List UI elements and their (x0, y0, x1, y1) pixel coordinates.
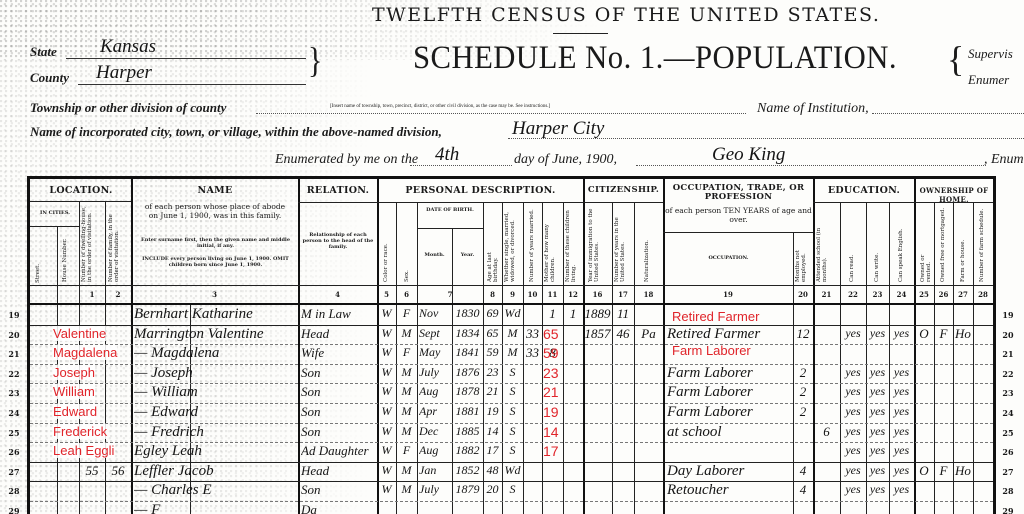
header-mother-of: Mother of how many children. (544, 206, 562, 282)
county-line (78, 84, 306, 85)
annotation-age: 59 (543, 345, 559, 361)
line-number: 27 (4, 467, 24, 477)
annotation-age: 65 (543, 326, 559, 342)
divider (30, 303, 993, 305)
cell-write: yes (866, 443, 889, 458)
cell-write: yes (866, 463, 889, 478)
cell-sex: F (396, 345, 417, 360)
institution-label: Name of Institution, (757, 101, 869, 117)
column-number: 24 (889, 290, 914, 299)
cell-color: W (377, 384, 396, 399)
enumerated-prefix: Enumerated by me on the (275, 152, 418, 168)
column-number: 6 (396, 290, 417, 299)
header-attended-school: Attended school (in months). (816, 206, 838, 282)
header-years-married: Number of years married. (529, 206, 535, 282)
annotation-name: Valentine (53, 326, 106, 341)
state-value: Kansas (100, 36, 156, 58)
cell-color: W (377, 345, 396, 360)
cell-relation: Da (301, 502, 377, 514)
header-color: Color or race. (383, 240, 389, 282)
divider (417, 228, 483, 229)
cell-name: Leffler Jacob (134, 463, 298, 480)
cell-color: W (377, 443, 396, 458)
cell-write: yes (866, 326, 889, 341)
header-age: Age at last birthday. (487, 230, 499, 282)
cell-marital: S (502, 404, 523, 419)
cell-speak: yes (889, 482, 914, 497)
annotation-name: Magdalena (53, 345, 117, 360)
header-can-write: Can write. (874, 250, 880, 282)
column-number: 26 (934, 290, 953, 299)
cell-relation: Wife (301, 345, 377, 361)
divider (298, 202, 377, 203)
cell-color: W (377, 365, 396, 380)
cell-year: 1881 (452, 404, 483, 419)
annotation-name: Joseph (53, 365, 95, 380)
cell-year: 1834 (452, 326, 483, 341)
cell-speak: yes (889, 365, 914, 380)
cell-name: Marrington Valentine (134, 326, 298, 343)
cell-sex: M (396, 463, 417, 478)
header-family-number: Number of family, in the order of visita… (108, 204, 128, 282)
cell-occupation: Retired Farmer (667, 326, 793, 343)
cell-marital: M (502, 326, 523, 341)
header-can-read: Can read. (849, 250, 855, 282)
cell-speak: yes (889, 463, 914, 478)
cell-age: 20 (483, 482, 502, 497)
cell-month: Jan (419, 463, 452, 478)
column-number: 10 (523, 290, 542, 299)
cell-read: yes (840, 443, 866, 458)
cell-year: 1852 (452, 463, 483, 478)
cell-sex: M (396, 482, 417, 497)
header-ownership: OWNERSHIP OF HOME. (915, 186, 993, 204)
cell-naturalization: Pa (634, 326, 663, 342)
cell-months-unemployed: 4 (793, 463, 813, 479)
state-line (66, 58, 306, 59)
divider (663, 232, 813, 233)
header-street: Street. (35, 245, 41, 283)
cell-age: 19 (483, 404, 502, 419)
header-naturalization: Naturalization. (644, 236, 650, 282)
header-dwelling-number: Number of dwelling-house, in the order o… (81, 204, 103, 282)
enumerator-suffix: , Enum (984, 152, 1024, 168)
cell-sex: M (396, 384, 417, 399)
header-relation-desc: Relationship of each person to the head … (300, 232, 376, 250)
cell-age: 69 (483, 306, 502, 321)
header-house-number: House Number. (62, 232, 68, 282)
header-immigration: Year of immigration to the United States… (588, 206, 610, 282)
annotation-name: William (53, 384, 95, 399)
cell-month: Aug (419, 384, 452, 399)
cell-years-us: 46 (612, 326, 634, 342)
cell-years-us: 11 (612, 306, 634, 322)
header-location: LOCATION. (31, 185, 131, 196)
cell-occupation: Farm Laborer (667, 384, 793, 401)
cell-color: W (377, 326, 396, 341)
column-number: 18 (634, 290, 663, 299)
cell-speak: yes (889, 443, 914, 458)
cell-month: Sept (419, 326, 452, 341)
header-month: Month. (417, 252, 452, 258)
header-education: EDUCATION. (814, 185, 914, 196)
cell-marital: Wd (502, 463, 523, 478)
cell-occupation: Farm Laborer (667, 365, 793, 382)
header-name-instr1: Enter surname first, then the given name… (138, 237, 293, 249)
line-number: 22 (4, 369, 24, 379)
line-number: 23 (998, 388, 1018, 398)
cell-age: 23 (483, 365, 502, 380)
cell-living: 1 (563, 306, 583, 322)
cell-free: F (934, 326, 953, 342)
cell-write: yes (866, 404, 889, 419)
brace-right: } (308, 41, 322, 82)
cell-speak: yes (889, 326, 914, 341)
line-number: 26 (4, 447, 24, 457)
cell-year: 1882 (452, 443, 483, 458)
column-number: 4 (298, 290, 377, 299)
annotation-age: 23 (543, 365, 559, 381)
cell-marital: S (502, 482, 523, 497)
enumerator-line (636, 165, 986, 166)
column-number: 3 (131, 290, 298, 299)
column-number: 20 (793, 290, 813, 299)
line-number: 20 (998, 330, 1018, 340)
cell-name: — F (134, 502, 298, 514)
annotation-name: Leah Eggli (53, 443, 114, 458)
header-date-of-birth: DATE OF BIRTH. (417, 207, 483, 213)
supervisor-label: Supervis (968, 46, 1013, 62)
divider (973, 202, 974, 514)
state-label: State (30, 44, 57, 60)
cell-year: 1876 (452, 365, 483, 380)
cell-farm: Ho (953, 463, 973, 479)
township-label: Township or other division of county (30, 100, 226, 116)
cell-occupation: at school (667, 424, 793, 441)
brace: { (947, 38, 964, 80)
cell-school: 6 (813, 424, 840, 440)
cell-month: July (419, 482, 452, 497)
header-personal: PERSONAL DESCRIPTION. (378, 185, 583, 196)
cell-owned: O (914, 463, 934, 479)
cell-relation: Son (301, 482, 377, 498)
annotation-occupation: Farm Laborer (672, 343, 751, 358)
header-year: Year. (452, 252, 483, 258)
divider (813, 178, 815, 514)
divider (563, 202, 564, 514)
column-number: 22 (840, 290, 866, 299)
cell-year: 1830 (452, 306, 483, 321)
header-can-speak-english: Can speak English. (898, 226, 904, 282)
township-line (256, 113, 746, 114)
annotation-age: 19 (543, 404, 559, 420)
header-children-living: Number of these children living. (565, 206, 581, 282)
divider (377, 202, 583, 203)
cell-speak: yes (889, 384, 914, 399)
cell-dwelling: 55 (79, 463, 105, 479)
column-number: 27 (953, 290, 973, 299)
cell-age: 17 (483, 443, 502, 458)
annotation-name: Edward (53, 404, 97, 419)
header-owned-free: Owned free or mortgaged. (940, 206, 946, 282)
cell-color: W (377, 482, 396, 497)
enumerator-name: Geo King (712, 144, 785, 166)
column-number: 11 (542, 290, 563, 299)
divider (583, 178, 585, 514)
header-relation: RELATION. (299, 185, 377, 196)
cell-relation: Head (301, 326, 377, 342)
header-owned-rented: Owned or rented. (920, 236, 932, 282)
institution-line (872, 113, 1024, 114)
line-number: 21 (998, 349, 1018, 359)
cell-month: Nov (419, 306, 452, 321)
cell-sex: M (396, 326, 417, 341)
cell-occupation: Retoucher (667, 482, 793, 499)
line-number: 28 (4, 486, 24, 496)
cell-speak: yes (889, 404, 914, 419)
cell-marital: S (502, 365, 523, 380)
line-number: 29 (4, 506, 24, 514)
cell-name: — William (134, 384, 298, 401)
divider (663, 178, 665, 514)
header-years-in-us: Number of years in the United States. (614, 206, 632, 282)
line-number: 24 (4, 408, 24, 418)
cell-immigration: 1857 (583, 326, 612, 342)
cell-name: — Charles E (134, 482, 298, 499)
annotation-name: Frederick (53, 424, 107, 439)
header-sex: Sex. (404, 266, 410, 282)
header-occupation: OCCUPATION, TRADE, OR PROFESSION (664, 184, 813, 202)
column-number: 5 (377, 290, 396, 299)
divider (298, 178, 300, 514)
column-number: 16 (583, 290, 612, 299)
header-farm-house: Farm or house. (960, 236, 966, 282)
header-name: NAME (132, 185, 298, 196)
cell-month: Aug (419, 443, 452, 458)
cell-free: F (934, 463, 953, 479)
cell-months-unemployed: 2 (793, 365, 813, 381)
cell-farm: Ho (953, 326, 973, 342)
divider (30, 201, 131, 202)
cell-year: 1885 (452, 424, 483, 439)
cell-sex: F (396, 443, 417, 458)
line-number: 21 (4, 349, 24, 359)
line-number: 22 (998, 369, 1018, 379)
cell-relation: M in Law (301, 306, 377, 322)
line-number: 25 (998, 428, 1018, 438)
cell-name: Bernhart Katharine (134, 306, 298, 323)
cell-relation: Son (301, 384, 377, 400)
cell-occupation: Farm Laborer (667, 404, 793, 421)
cell-age: 65 (483, 326, 502, 341)
line-number: 29 (998, 506, 1018, 514)
county-value: Harper (96, 62, 152, 84)
cell-relation: Ad Daughter (301, 443, 377, 459)
cell-occupation: Day Laborer (667, 463, 793, 480)
cell-yrs-married: 33 (523, 345, 542, 361)
annotation-age: 14 (543, 424, 559, 440)
cell-color: W (377, 306, 396, 321)
cell-year: 1879 (452, 482, 483, 497)
cell-read: yes (840, 463, 866, 478)
cell-speak: yes (889, 424, 914, 439)
cell-marital: S (502, 443, 523, 458)
line-number: 19 (998, 310, 1018, 320)
day-line (410, 165, 512, 166)
column-number: 21 (813, 290, 840, 299)
cell-write: yes (866, 424, 889, 439)
cell-owned: O (914, 326, 934, 342)
cell-marital: S (502, 384, 523, 399)
cell-age: 48 (483, 463, 502, 478)
column-number: 19 (663, 290, 793, 299)
cell-sex: M (396, 404, 417, 419)
cell-read: yes (840, 424, 866, 439)
cell-marital: Wd (502, 306, 523, 321)
column-number: 9 (502, 290, 523, 299)
township-instruction: [Insert name of township, town, precinct… (330, 104, 550, 109)
line-number: 23 (4, 388, 24, 398)
cell-write: yes (866, 365, 889, 380)
cell-family: 56 (105, 463, 131, 479)
cell-sex: M (396, 365, 417, 380)
header-occupation-desc: of each person TEN YEARS of age and over… (664, 207, 813, 224)
header-occupation-col: OCCUPATION. (664, 255, 793, 261)
county-label: County (30, 70, 69, 86)
cell-write: yes (866, 384, 889, 399)
header-name-desc: of each person whose place of abode on J… (140, 203, 290, 220)
city-value: Harper City (512, 118, 604, 140)
header-in-cities: IN CITIES. (31, 210, 79, 216)
column-number: 23 (866, 290, 889, 299)
column-number: 8 (483, 290, 502, 299)
line-number: 25 (4, 428, 24, 438)
cell-name: — Edward (134, 404, 298, 421)
annotation-age: 17 (543, 443, 559, 459)
cell-name: — Magdalena (134, 345, 298, 362)
column-number: 17 (612, 290, 634, 299)
column-number: 28 (973, 290, 993, 299)
cell-months-unemployed: 12 (793, 326, 813, 342)
cell-color: W (377, 463, 396, 478)
header-marital: Whether single, married, widowed, or div… (504, 206, 522, 282)
divider (30, 285, 993, 286)
divider (417, 202, 418, 514)
header-farm-schedule: Number of farm schedule. (979, 206, 985, 282)
cell-marital: S (502, 424, 523, 439)
cell-age: 59 (483, 345, 502, 360)
line-number: 20 (4, 330, 24, 340)
cell-relation: Son (301, 404, 377, 420)
header-months-not-employed: Months not employed. (795, 236, 811, 282)
cell-age: 21 (483, 384, 502, 399)
cell-relation: Son (301, 424, 377, 440)
divider (30, 226, 79, 227)
schedule-title: SCHEDULE No. 1.—POPULATION. (413, 40, 897, 77)
line-number: 19 (4, 310, 24, 320)
cell-relation: Head (301, 463, 377, 479)
line-number: 28 (998, 486, 1018, 496)
column-number: 1 (79, 290, 105, 299)
cell-month: May (419, 345, 452, 360)
cell-read: yes (840, 404, 866, 419)
cell-months-unemployed: 2 (793, 404, 813, 420)
divider (634, 202, 635, 514)
column-number: 7 (417, 290, 483, 299)
cell-sex: F (396, 306, 417, 321)
cell-name: — Fredrich (134, 424, 298, 441)
divider (131, 178, 133, 514)
cell-months-unemployed: 2 (793, 384, 813, 400)
cell-month: July (419, 365, 452, 380)
cell-yrs-married: 33 (523, 326, 542, 342)
cell-immigration: 1889 (583, 306, 612, 322)
annotation-occupation: Retired Farmer (672, 309, 759, 324)
annotation-age: 21 (543, 384, 559, 400)
line-number: 27 (998, 467, 1018, 477)
enumerator-district-label: Enumer (968, 72, 1009, 88)
cell-sex: M (396, 424, 417, 439)
city-label: Name of incorporated city, town, or vill… (30, 124, 442, 140)
divider (612, 202, 613, 514)
divider (583, 202, 663, 203)
line-number: 26 (998, 447, 1018, 457)
cell-color: W (377, 424, 396, 439)
title-ornament (553, 33, 608, 34)
cell-name: Egley Leah (134, 443, 298, 460)
cell-read: yes (840, 326, 866, 341)
column-number: 2 (105, 290, 131, 299)
enumerated-suffix: day of June, 1900, (514, 152, 617, 168)
cell-relation: Son (301, 365, 377, 381)
cell-color: W (377, 404, 396, 419)
cell-month: Apr (419, 404, 452, 419)
cell-read: yes (840, 482, 866, 497)
cell-read: yes (840, 384, 866, 399)
census-title: TWELFTH CENSUS OF THE UNITED STATES. (372, 4, 880, 26)
cell-month: Dec (419, 424, 452, 439)
cell-read: yes (840, 365, 866, 380)
column-number: 25 (914, 290, 934, 299)
cell-mother-of: 1 (542, 306, 563, 322)
header-name-instr2: INCLUDE every person living on June 1, 1… (138, 256, 293, 268)
column-number: 12 (563, 290, 583, 299)
cell-marital: M (502, 345, 523, 360)
line-number: 24 (998, 408, 1018, 418)
cell-year: 1841 (452, 345, 483, 360)
enumerated-day: 4th (435, 144, 459, 166)
cell-year: 1878 (452, 384, 483, 399)
cell-name: — Joseph (134, 365, 298, 382)
header-citizenship: CITIZENSHIP. (584, 185, 663, 195)
cell-write: yes (866, 482, 889, 497)
cell-months-unemployed: 4 (793, 482, 813, 498)
cell-age: 14 (483, 424, 502, 439)
